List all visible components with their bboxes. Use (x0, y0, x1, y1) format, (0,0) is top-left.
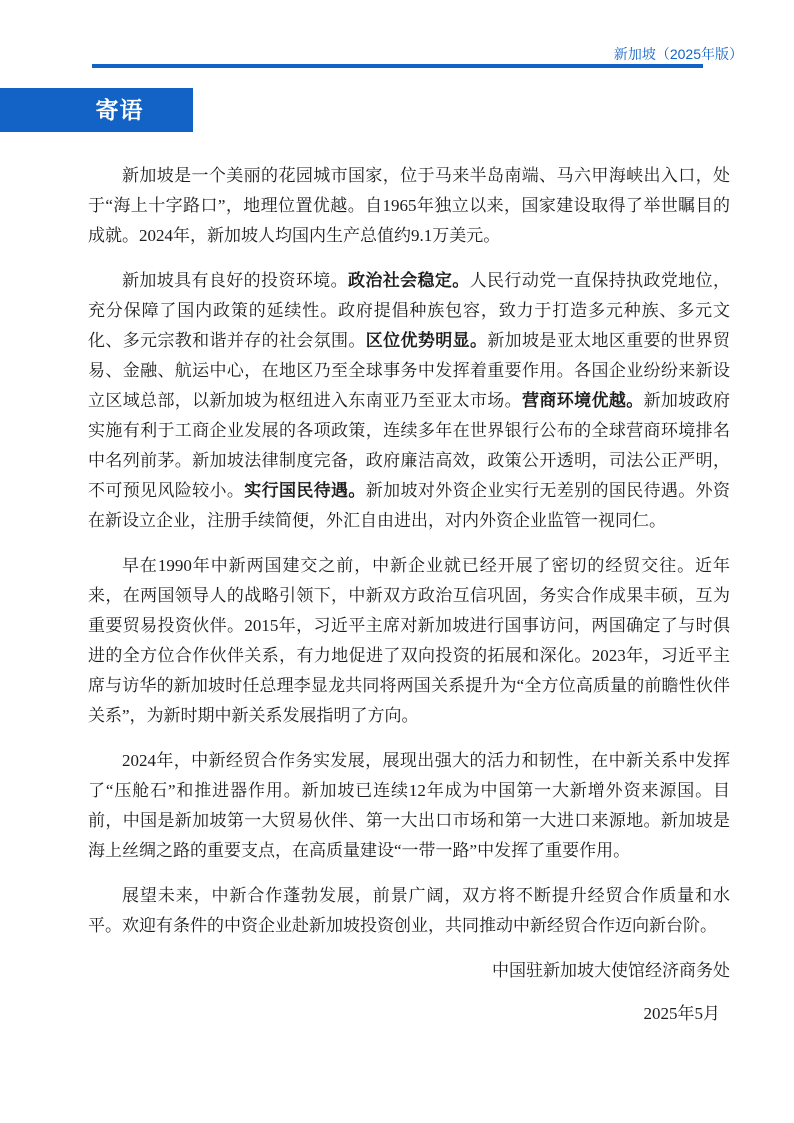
date: 2025年5月 (88, 999, 730, 1029)
paragraph: 2024年，中新经贸合作务实发展，展现出强大的活力和韧性，在中新关系中发挥了“压… (88, 746, 730, 866)
text-run: 展望未来，中新合作蓬勃发展，前景广阔，双方将不断提升经贸合作质量和水平。欢迎有条… (88, 886, 730, 935)
emphasis-run: 实行国民待遇。 (244, 481, 366, 500)
signature: 中国驻新加坡大使馆经济商务处 (88, 956, 730, 986)
document-body: 新加坡是一个美丽的花园城市国家，位于马来半岛南端、马六甲海峡出入口，处于“海上十… (88, 161, 730, 1029)
emphasis-run: 营商环境优越。 (522, 391, 644, 410)
emphasis-run: 区位优势明显。 (366, 331, 488, 350)
text-run: 早在1990年中新两国建交之前，中新企业就已经开展了密切的经贸交往。近年来，在两… (88, 556, 730, 725)
paragraph: 新加坡是一个美丽的花园城市国家，位于马来半岛南端、马六甲海峡出入口，处于“海上十… (88, 161, 730, 251)
text-run: 2024年，中新经贸合作务实发展，展现出强大的活力和韧性，在中新关系中发挥了“压… (88, 751, 730, 860)
emphasis-run: 政治社会稳定。 (348, 271, 470, 290)
paragraph-list: 新加坡是一个美丽的花园城市国家，位于马来半岛南端、马六甲海峡出入口，处于“海上十… (88, 161, 730, 941)
header-rule (92, 64, 703, 68)
text-run: 新加坡是一个美丽的花园城市国家，位于马来半岛南端、马六甲海峡出入口，处于“海上十… (88, 166, 730, 245)
paragraph: 新加坡具有良好的投资环境。政治社会稳定。人民行动党一直保持执政党地位，充分保障了… (88, 266, 730, 536)
paragraph: 早在1990年中新两国建交之前，中新企业就已经开展了密切的经贸交往。近年来，在两… (88, 551, 730, 731)
document-page: 新加坡（2025年版） 寄语 新加坡是一个美丽的花园城市国家，位于马来半岛南端、… (0, 0, 794, 1123)
text-run: 新加坡具有良好的投资环境。 (122, 271, 348, 290)
section-title-box: 寄语 (0, 88, 193, 132)
section-title: 寄语 (0, 88, 193, 132)
paragraph: 展望未来，中新合作蓬勃发展，前景广阔，双方将不断提升经贸合作质量和水平。欢迎有条… (88, 881, 730, 941)
edition-label: 新加坡（2025年版） (614, 46, 743, 62)
